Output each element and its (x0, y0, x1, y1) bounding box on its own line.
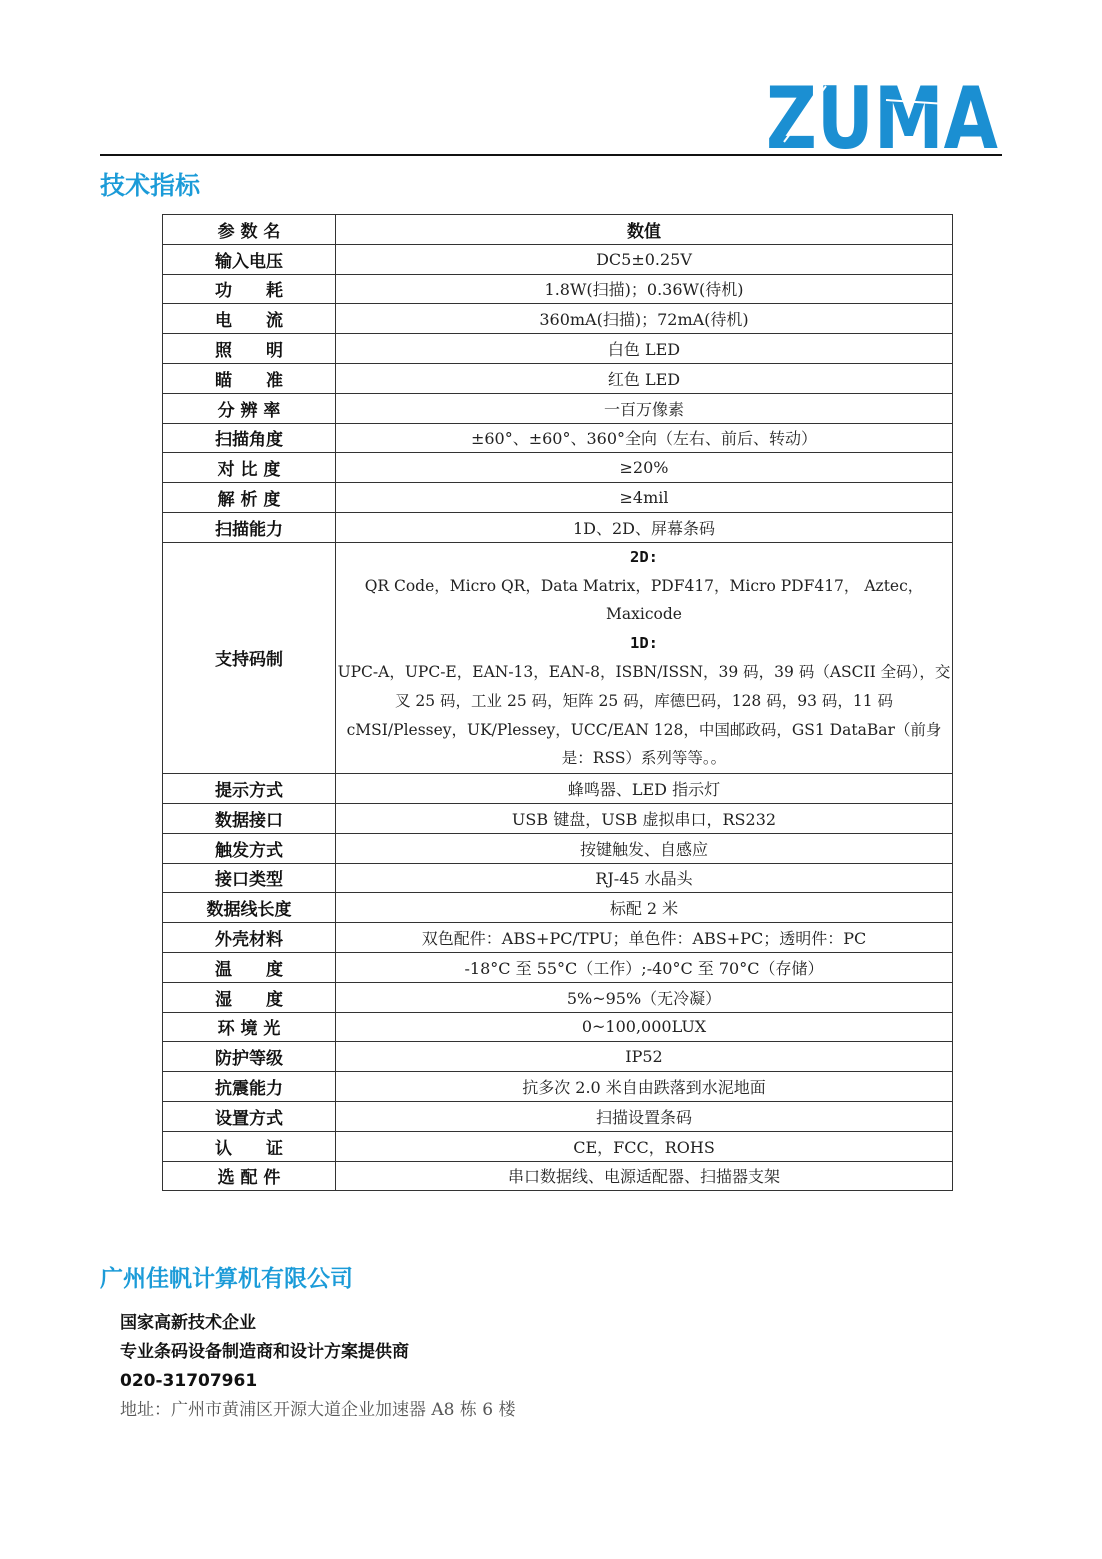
value-cell: 1.8W(扫描)；0.36W(待机) (336, 274, 953, 304)
table-row: 外壳材料双色配件：ABS+PC/TPU；单色件：ABS+PC；透明件：PC (163, 923, 953, 953)
param-cell: 输入电压 (163, 244, 336, 274)
table-header-row: 参 数 名 数值 (163, 215, 953, 245)
table-row: 温 度-18°C 至 55°C（工作）;-40°C 至 70°C（存储） (163, 952, 953, 982)
spec-table: 参 数 名 数值 输入电压DC5±0.25V 功 耗1.8W(扫描)；0.36W… (162, 214, 953, 1191)
company-name: 广州佳帆计算机有限公司 (100, 1263, 353, 1295)
company-address: 地址：广州市黄浦区开源大道企业加速器 A8 栋 6 楼 (120, 1399, 516, 1421)
value-cell: 360mA(扫描)；72mA(待机) (336, 304, 953, 334)
zuma-logo: ZUMA (766, 78, 1002, 152)
value-cell: 5%~95%（无冷凝） (336, 982, 953, 1012)
param-cell: 认 证 (163, 1131, 336, 1161)
table-row: 数据线长度标配 2 米 (163, 893, 953, 923)
company-phone: 020-31707961 (120, 1370, 257, 1392)
company-tagline-1: 国家高新技术企业 (120, 1312, 256, 1334)
value-cell: 抗多次 2.0 米自由跌落到水泥地面 (336, 1072, 953, 1102)
table-row: 触发方式按键触发、自感应 (163, 833, 953, 863)
param-cell: 接口类型 (163, 863, 336, 893)
value-cell: RJ-45 水晶头 (336, 863, 953, 893)
company-tagline-2: 专业条码设备制造商和设计方案提供商 (120, 1341, 409, 1363)
param-cell: 数据线长度 (163, 893, 336, 923)
header-param: 参 数 名 (163, 215, 336, 245)
table-row: 数据接口USB 键盘，USB 虚拟串口，RS232 (163, 803, 953, 833)
param-cell: 环 境 光 (163, 1012, 336, 1042)
value-cell: 扫描设置条码 (336, 1101, 953, 1131)
value-cell: IP52 (336, 1042, 953, 1072)
param-cell: 功 耗 (163, 274, 336, 304)
param-cell: 外壳材料 (163, 923, 336, 953)
codes-2d-label: 2D: (336, 543, 952, 572)
value-cell: 0~100,000LUX (336, 1012, 953, 1042)
codes-2d-list: QR Code，Micro QR，Data Matrix，PDF417，Micr… (336, 572, 952, 630)
value-cell: 按键触发、自感应 (336, 833, 953, 863)
param-cell: 数据接口 (163, 803, 336, 833)
table-row: 照 明白色 LED (163, 334, 953, 364)
value-cell: USB 键盘，USB 虚拟串口，RS232 (336, 803, 953, 833)
param-cell: 提示方式 (163, 774, 336, 804)
param-cell: 湿 度 (163, 982, 336, 1012)
table-row: 扫描角度±60°、±60°、360°全向（左右、前后、转动） (163, 423, 953, 453)
table-row: 提示方式蜂鸣器、LED 指示灯 (163, 774, 953, 804)
table-row: 防护等级IP52 (163, 1042, 953, 1072)
table-row: 分 辨 率一百万像素 (163, 393, 953, 423)
param-cell: 瞄 准 (163, 363, 336, 393)
param-cell: 扫描角度 (163, 423, 336, 453)
param-cell: 支持码制 (163, 542, 336, 773)
value-cell: CE，FCC，ROHS (336, 1131, 953, 1161)
svg-text:ZUMA: ZUMA (766, 78, 998, 152)
value-cell: 红色 LED (336, 363, 953, 393)
value-cell: 1D、2D、屏幕条码 (336, 512, 953, 542)
table-row: 输入电压DC5±0.25V (163, 244, 953, 274)
value-cell: 白色 LED (336, 334, 953, 364)
table-row: 湿 度5%~95%（无冷凝） (163, 982, 953, 1012)
value-cell: 串口数据线、电源适配器、扫描器支架 (336, 1161, 953, 1191)
table-row: 抗震能力抗多次 2.0 米自由跌落到水泥地面 (163, 1072, 953, 1102)
value-cell: -18°C 至 55°C（工作）;-40°C 至 70°C（存储） (336, 952, 953, 982)
value-cell: ±60°、±60°、360°全向（左右、前后、转动） (336, 423, 953, 453)
codes-1d-list: UPC-A，UPC-E，EAN-13，EAN-8，ISBN/ISSN，39 码，… (336, 658, 952, 773)
value-cell: ≥4mil (336, 483, 953, 513)
section-title: 技术指标 (100, 170, 200, 202)
header-rule (100, 154, 1002, 156)
table-row: 环 境 光0~100,000LUX (163, 1012, 953, 1042)
param-cell: 防护等级 (163, 1042, 336, 1072)
param-cell: 解 析 度 (163, 483, 336, 513)
header-value: 数值 (336, 215, 953, 245)
param-cell: 选 配 件 (163, 1161, 336, 1191)
codes-1d-label: 1D: (336, 629, 952, 658)
table-row: 对 比 度≥20% (163, 453, 953, 483)
table-row: 解 析 度≥4mil (163, 483, 953, 513)
zuma-logo-icon: ZUMA (766, 78, 1002, 152)
param-cell: 照 明 (163, 334, 336, 364)
table-row-supported-codes: 支持码制 2D: QR Code，Micro QR，Data Matrix，PD… (163, 542, 953, 773)
value-cell: 双色配件：ABS+PC/TPU；单色件：ABS+PC；透明件：PC (336, 923, 953, 953)
param-cell: 抗震能力 (163, 1072, 336, 1102)
value-cell: 一百万像素 (336, 393, 953, 423)
param-cell: 对 比 度 (163, 453, 336, 483)
table-row: 选 配 件串口数据线、电源适配器、扫描器支架 (163, 1161, 953, 1191)
param-cell: 温 度 (163, 952, 336, 982)
param-cell: 触发方式 (163, 833, 336, 863)
param-cell: 分 辨 率 (163, 393, 336, 423)
table-row: 瞄 准红色 LED (163, 363, 953, 393)
table-row: 功 耗1.8W(扫描)；0.36W(待机) (163, 274, 953, 304)
table-row: 扫描能力1D、2D、屏幕条码 (163, 512, 953, 542)
table-row: 设置方式扫描设置条码 (163, 1101, 953, 1131)
param-cell: 扫描能力 (163, 512, 336, 542)
supported-codes-cell: 2D: QR Code，Micro QR，Data Matrix，PDF417，… (336, 542, 953, 773)
value-cell: 标配 2 米 (336, 893, 953, 923)
value-cell: 蜂鸣器、LED 指示灯 (336, 774, 953, 804)
param-cell: 电 流 (163, 304, 336, 334)
table-row: 接口类型RJ-45 水晶头 (163, 863, 953, 893)
value-cell: ≥20% (336, 453, 953, 483)
param-cell: 设置方式 (163, 1101, 336, 1131)
value-cell: DC5±0.25V (336, 244, 953, 274)
table-row: 电 流360mA(扫描)；72mA(待机) (163, 304, 953, 334)
table-row: 认 证CE，FCC，ROHS (163, 1131, 953, 1161)
